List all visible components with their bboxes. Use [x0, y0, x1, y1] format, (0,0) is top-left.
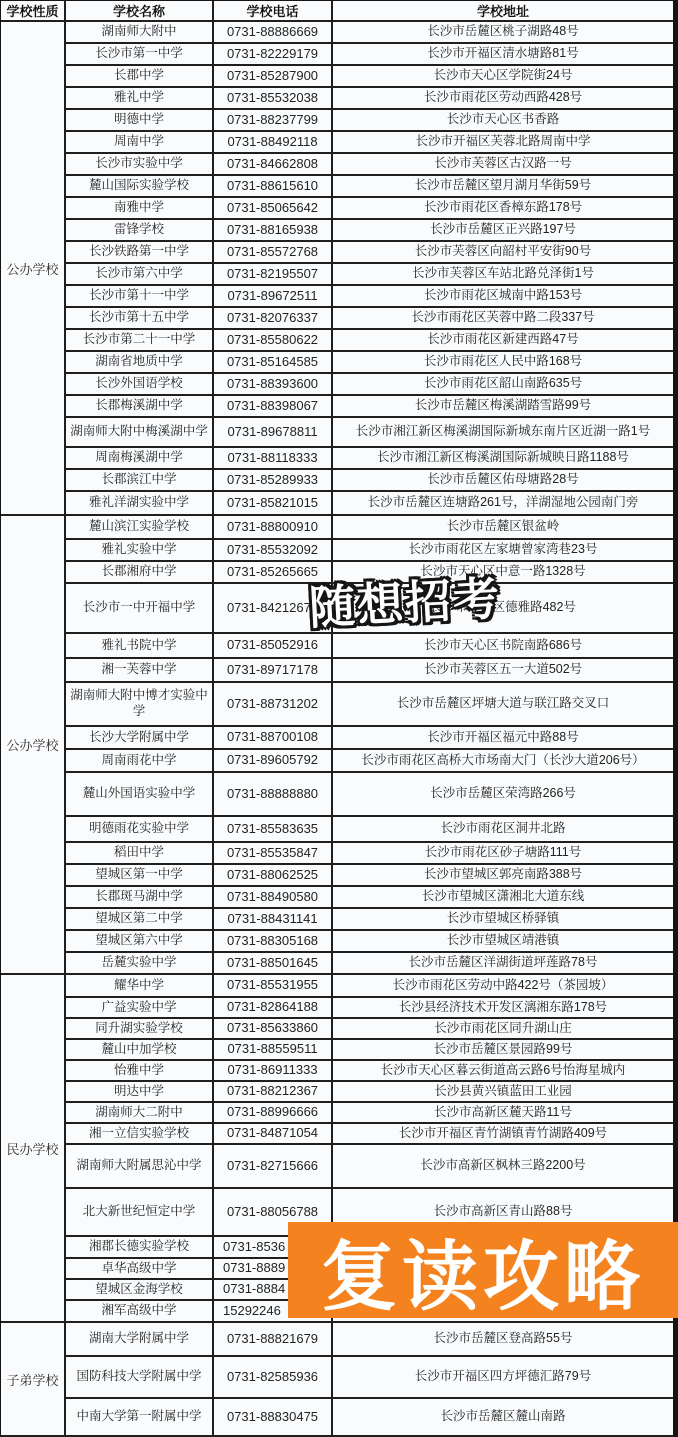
school-name-cell: 南雅中学 — [66, 198, 214, 218]
school-phone-cell: 0731-88393600 — [214, 374, 333, 394]
school-row: 长郡湘府中学0731-85265665长沙市天心区中意一路1328号 — [66, 562, 673, 584]
school-address-cell: 长沙市岳麓区望月湖月华街59号 — [333, 176, 673, 196]
school-phone-cell: 0731-85633860 — [214, 1019, 333, 1038]
school-row: 麓山外国语实验中学0731-88888880长沙市岳麓区荣湾路266号 — [66, 773, 673, 817]
school-phone-cell: 0731-88212367 — [214, 1082, 333, 1101]
school-address-cell: 长沙市岳麓区麓山南路 — [333, 1399, 673, 1435]
school-address-cell: 长沙市岳麓区坪塘大道与联江路交叉口 — [333, 683, 673, 725]
school-name-cell: 明德中学 — [66, 110, 214, 130]
school-name-cell: 望城区第一中学 — [66, 865, 214, 885]
school-phone-cell: 0731-88118333 — [214, 448, 333, 468]
school-address-cell: 长沙市开福区德雅路482号 — [333, 584, 673, 632]
school-address-cell: 长沙市岳麓区景园路99号 — [333, 1040, 673, 1059]
school-name-cell: 耀华中学 — [66, 975, 214, 996]
school-phone-cell: 0731-82195507 — [214, 264, 333, 284]
school-name-cell: 卓华高级中学 — [66, 1259, 214, 1278]
school-name-cell: 湘一立信实验学校 — [66, 1124, 214, 1143]
school-row: 怡雅中学0731-86911333长沙市天心区暮云街道高云路6号怡海星城内 — [66, 1061, 673, 1082]
school-row: 长郡滨江中学0731-85289933长沙市岳麓区佑母塘路28号 — [66, 470, 673, 492]
school-name-cell: 周南雨花中学 — [66, 750, 214, 771]
school-row: 长郡中学0731-85287900长沙市天心区学院街24号 — [66, 66, 673, 88]
school-name-cell: 长沙大学附属中学 — [66, 727, 214, 748]
school-row: 湖南师大附中梅溪湖中学0731-89678811长沙市湘江新区梅溪湖国际新城东南… — [66, 418, 673, 448]
header-school-address: 学校地址 — [333, 1, 673, 20]
school-phone-cell: 0731-88886669 — [214, 22, 333, 42]
school-name-cell: 长郡湘府中学 — [66, 562, 214, 582]
school-address-cell: 长沙市湘江新区梅溪湖国际新城映日路1188号 — [333, 448, 673, 468]
school-row: 湘一芙蓉中学0731-89717178长沙市芙蓉区五一大道502号 — [66, 659, 673, 683]
header-school-nature: 学校性质 — [1, 1, 66, 20]
school-row: 望城区第二中学0731-88431141长沙市望城区桥驿镇 — [66, 909, 673, 931]
school-row: 长沙市一中开福中学0731-84212675长沙市开福区德雅路482号 — [66, 584, 673, 634]
school-name-cell: 长沙市第二十一中学 — [66, 330, 214, 350]
school-phone-cell: 0731-85572768 — [214, 242, 333, 262]
school-address-cell: 长沙市雨花区劳动西路428号 — [333, 88, 673, 108]
table-header-row: 学校性质 学校名称 学校电话 学校地址 — [1, 1, 673, 22]
school-address-cell: 长沙县经济技术开发区漓湘东路178号 — [333, 998, 673, 1017]
school-row: 湖南师大附中博才实验中学0731-88731202长沙市岳麓区坪塘大道与联江路交… — [66, 683, 673, 727]
school-name-cell: 长沙外国语学校 — [66, 374, 214, 394]
school-name-cell: 雅礼书院中学 — [66, 634, 214, 657]
school-phone-cell: 0731-82585936 — [214, 1357, 333, 1397]
school-name-cell: 北大新世纪恒定中学 — [66, 1189, 214, 1235]
school-row: 雅礼洋湖实验中学0731-85821015长沙市岳麓区连塘路261号，洋湖湿地公… — [66, 492, 673, 516]
school-phone-cell: 0731-88492118 — [214, 132, 333, 152]
school-name-cell: 长沙市第一中学 — [66, 44, 214, 64]
school-address-cell: 长沙市开福区福元中路88号 — [333, 727, 673, 748]
school-row: 雅礼书院中学0731-85052916长沙市天心区书院南路686号 — [66, 634, 673, 659]
school-row: 长沙市第二十一中学0731-85580622长沙市雨花区新建西路47号 — [66, 330, 673, 352]
school-name-cell: 周南梅溪湖中学 — [66, 448, 214, 468]
school-name-cell: 长沙市实验中学 — [66, 154, 214, 174]
school-name-cell: 湘郡长德实验学校 — [66, 1237, 214, 1257]
school-name-cell: 稻田中学 — [66, 843, 214, 863]
school-name-cell: 长沙市一中开福中学 — [66, 584, 214, 632]
school-phone-cell: 0731-84662808 — [214, 154, 333, 174]
school-address-cell: 长沙市高新区麓天路11号 — [333, 1103, 673, 1122]
school-address-cell: 长沙市雨花区砂子塘路111号 — [333, 843, 673, 863]
school-name-cell: 同升湖实验学校 — [66, 1019, 214, 1038]
school-phone-cell: 0731-85289933 — [214, 470, 333, 490]
school-row: 明德中学0731-88237799长沙市天心区书香路 — [66, 110, 673, 132]
school-phone-cell: 0731-88062525 — [214, 865, 333, 885]
school-address-cell: 长沙市岳麓区佑母塘路28号 — [333, 470, 673, 490]
school-row: 长沙市第六中学0731-82195507长沙市芙蓉区车站北路兑泽街1号 — [66, 264, 673, 286]
school-phone-cell: 0731-88830475 — [214, 1399, 333, 1435]
school-address-cell: 长沙市雨花区芙蓉中路二段337号 — [333, 308, 673, 328]
school-phone-cell: 0731-85580622 — [214, 330, 333, 350]
school-phone-cell: 0731-88800910 — [214, 516, 333, 538]
school-name-cell: 湘一芙蓉中学 — [66, 659, 214, 681]
school-name-cell: 麓山国际实验学校 — [66, 176, 214, 196]
school-address-cell: 长沙市雨花区高桥大市场南大门（长沙大道206号） — [333, 750, 673, 771]
school-address-cell: 长沙市雨花区左家塘曾家湾巷23号 — [333, 540, 673, 560]
school-address-cell: 长沙市望城区潇湘北大道东线 — [333, 887, 673, 907]
school-name-cell: 湖南师大附中博才实验中学 — [66, 683, 214, 725]
school-phone-cell: 0731-88501645 — [214, 953, 333, 973]
school-row: 长沙铁路第一中学0731-85572768长沙市芙蓉区向韶村平安街90号 — [66, 242, 673, 264]
school-name-cell: 湖南大学附属中学 — [66, 1323, 214, 1355]
school-phone-cell: 0731-82076337 — [214, 308, 333, 328]
school-name-cell: 明达中学 — [66, 1082, 214, 1101]
header-school-phone: 学校电话 — [214, 1, 333, 20]
school-phone-cell: 0731-84871054 — [214, 1124, 333, 1143]
school-name-cell: 望城区第六中学 — [66, 931, 214, 951]
school-row: 同升湖实验学校0731-85633860长沙市雨花区同升湖山庄 — [66, 1019, 673, 1040]
school-row: 麓山国际实验学校0731-88615610长沙市岳麓区望月湖月华街59号 — [66, 176, 673, 198]
school-row: 望城区第六中学0731-88305168长沙市望城区靖港镇 — [66, 931, 673, 953]
school-address-cell: 长沙市芙蓉区向韶村平安街90号 — [333, 242, 673, 262]
school-name-cell: 怡雅中学 — [66, 1061, 214, 1080]
school-row: 湖南大学附属中学0731-88821679长沙市岳麓区登高路55号 — [66, 1323, 673, 1357]
school-address-cell: 长沙市开福区青竹湖镇青竹湖路409号 — [333, 1124, 673, 1143]
banner-fudugonglue: 复读攻略 — [288, 1222, 678, 1318]
school-name-cell: 长郡斑马湖中学 — [66, 887, 214, 907]
school-address-cell: 长沙县黄兴镇蓝田工业园 — [333, 1082, 673, 1101]
school-name-cell: 长沙铁路第一中学 — [66, 242, 214, 262]
school-row: 麓山中加学校0731-88559511长沙市岳麓区景园路99号 — [66, 1040, 673, 1061]
school-row: 岳麓实验中学0731-88501645长沙市岳麓区洋湖街道坪莲路78号 — [66, 953, 673, 975]
school-name-cell: 长郡中学 — [66, 66, 214, 86]
school-row: 湖南师大二附中0731-88996666长沙市高新区麓天路11号 — [66, 1103, 673, 1124]
school-phone-cell: 0731-88559511 — [214, 1040, 333, 1059]
school-row: 望城区第一中学0731-88062525长沙市望城区郭亮南路388号 — [66, 865, 673, 887]
school-name-cell: 长郡梅溪湖中学 — [66, 396, 214, 416]
school-phone-cell: 0731-85535847 — [214, 843, 333, 863]
school-phone-cell: 0731-85532092 — [214, 540, 333, 560]
school-address-cell: 长沙市岳麓区荣湾路266号 — [333, 773, 673, 815]
nature-cell: 子弟学校 — [1, 1323, 66, 1437]
school-row: 湘一立信实验学校0731-84871054长沙市开福区青竹湖镇青竹湖路409号 — [66, 1124, 673, 1145]
school-row: 长沙市第十五中学0731-82076337长沙市雨花区芙蓉中路二段337号 — [66, 308, 673, 330]
school-phone-cell: 0731-88490580 — [214, 887, 333, 907]
school-phone-cell: 0731-88700108 — [214, 727, 333, 748]
school-phone-cell: 0731-85532038 — [214, 88, 333, 108]
school-row: 稻田中学0731-85535847长沙市雨花区砂子塘路111号 — [66, 843, 673, 865]
school-address-cell: 长沙市天心区中意一路1328号 — [333, 562, 673, 582]
school-phone-cell: 0731-88165938 — [214, 220, 333, 240]
school-row: 长沙市实验中学0731-84662808长沙市芙蓉区古汉路一号 — [66, 154, 673, 176]
school-phone-cell: 0731-88731202 — [214, 683, 333, 725]
school-row: 中南大学第一附属中学0731-88830475长沙市岳麓区麓山南路 — [66, 1399, 673, 1437]
school-row: 长沙大学附属中学0731-88700108长沙市开福区福元中路88号 — [66, 727, 673, 750]
school-row: 湖南师大附属思沁中学0731-82715666长沙市高新区枫林三路2200号 — [66, 1145, 673, 1189]
school-phone-cell: 0731-88996666 — [214, 1103, 333, 1122]
school-row: 湖南省地质中学0731-85164585长沙市雨花区人民中路168号 — [66, 352, 673, 374]
school-group: 子弟学校湖南大学附属中学0731-88821679长沙市岳麓区登高路55号国防科… — [1, 1323, 673, 1437]
school-row: 长沙外国语学校0731-88393600长沙市雨花区韶山南路635号 — [66, 374, 673, 396]
school-name-cell: 中南大学第一附属中学 — [66, 1399, 214, 1435]
school-name-cell: 麓山滨江实验学校 — [66, 516, 214, 538]
header-school-name: 学校名称 — [66, 1, 214, 20]
school-phone-cell: 0731-86911333 — [214, 1061, 333, 1080]
school-name-cell: 望城区第二中学 — [66, 909, 214, 929]
school-address-cell: 长沙市雨花区洞井北路 — [333, 817, 673, 841]
school-address-cell: 长沙市芙蓉区五一大道502号 — [333, 659, 673, 681]
school-name-cell: 广益实验中学 — [66, 998, 214, 1017]
school-name-cell: 湖南师大二附中 — [66, 1103, 214, 1122]
school-address-cell: 长沙市雨花区新建西路47号 — [333, 330, 673, 350]
nature-cell: 公办学校 — [1, 516, 66, 975]
school-name-cell: 国防科技大学附属中学 — [66, 1357, 214, 1397]
school-phone-cell: 0731-85287900 — [214, 66, 333, 86]
school-name-cell: 湖南师大附中梅溪湖中学 — [66, 418, 214, 446]
school-row: 长郡梅溪湖中学0731-88398067长沙市岳麓区梅溪湖踏雪路99号 — [66, 396, 673, 418]
school-row: 长郡斑马湖中学0731-88490580长沙市望城区潇湘北大道东线 — [66, 887, 673, 909]
school-group: 公办学校麓山滨江实验学校0731-88800910长沙市岳麓区银盆岭雅礼实验中学… — [1, 516, 673, 975]
school-phone-cell: 0731-84212675 — [214, 584, 333, 632]
school-name-cell: 长郡滨江中学 — [66, 470, 214, 490]
school-name-cell: 湖南省地质中学 — [66, 352, 214, 372]
school-row: 雷锋学校0731-88165938长沙市岳麓区正兴路197号 — [66, 220, 673, 242]
school-address-cell: 长沙市天心区学院街24号 — [333, 66, 673, 86]
school-address-cell: 长沙市芙蓉区车站北路兑泽街1号 — [333, 264, 673, 284]
school-address-cell: 长沙市望城区桥驿镇 — [333, 909, 673, 929]
school-row: 明德雨花实验中学0731-85583635长沙市雨花区洞井北路 — [66, 817, 673, 843]
school-name-cell: 明德雨花实验中学 — [66, 817, 214, 841]
school-address-cell: 长沙市雨花区劳动中路422号（茶园坡） — [333, 975, 673, 996]
school-group: 公办学校湖南师大附中0731-88886669长沙市岳麓区桃子湖路48号长沙市第… — [1, 22, 673, 516]
school-phone-cell: 0731-85052916 — [214, 634, 333, 657]
school-address-cell: 长沙市望城区靖港镇 — [333, 931, 673, 951]
school-name-cell: 湘军高级中学 — [66, 1301, 214, 1321]
school-phone-cell: 0731-85065642 — [214, 198, 333, 218]
school-phone-cell: 0731-85821015 — [214, 492, 333, 514]
school-row: 周南梅溪湖中学0731-88118333长沙市湘江新区梅溪湖国际新城映日路118… — [66, 448, 673, 470]
school-name-cell: 湖南师大附属思沁中学 — [66, 1145, 214, 1187]
school-table-screenshot: 学校性质 学校名称 学校电话 学校地址 公办学校湖南师大附中0731-88886… — [0, 0, 678, 1437]
school-row: 周南雨花中学0731-89605792长沙市雨花区高桥大市场南大门（长沙大道20… — [66, 750, 673, 773]
school-phone-cell: 0731-85583635 — [214, 817, 333, 841]
school-address-cell: 长沙市天心区书院南路686号 — [333, 634, 673, 657]
school-address-cell: 长沙市天心区书香路 — [333, 110, 673, 130]
school-address-cell: 长沙市岳麓区连塘路261号，洋湖湿地公园南门旁 — [333, 492, 673, 514]
school-phone-cell: 0731-85265665 — [214, 562, 333, 582]
school-phone-cell: 0731-89717178 — [214, 659, 333, 681]
school-address-cell: 长沙市天心区暮云街道高云路6号怡海星城内 — [333, 1061, 673, 1080]
school-phone-cell: 0731-88398067 — [214, 396, 333, 416]
nature-cell: 民办学校 — [1, 975, 66, 1323]
school-name-cell: 雅礼洋湖实验中学 — [66, 492, 214, 514]
school-address-cell: 长沙市高新区枫林三路2200号 — [333, 1145, 673, 1187]
school-phone-cell: 0731-88431141 — [214, 909, 333, 929]
school-address-cell: 长沙市湘江新区梅溪湖国际新城东南片区近湖一路1号 — [333, 418, 673, 446]
school-name-cell: 湖南师大附中 — [66, 22, 214, 42]
school-address-cell: 长沙市雨花区韶山南路635号 — [333, 374, 673, 394]
school-address-cell: 长沙市岳麓区登高路55号 — [333, 1323, 673, 1355]
school-phone-cell: 0731-85531955 — [214, 975, 333, 996]
school-phone-cell: 0731-82864188 — [214, 998, 333, 1017]
school-phone-cell: 0731-89678811 — [214, 418, 333, 446]
school-address-cell: 长沙市雨花区同升湖山庄 — [333, 1019, 673, 1038]
school-row: 南雅中学0731-85065642长沙市雨花区香樟东路178号 — [66, 198, 673, 220]
school-name-cell: 麓山中加学校 — [66, 1040, 214, 1059]
school-phone-cell: 0731-82715666 — [214, 1145, 333, 1187]
school-row: 周南中学0731-88492118长沙市开福区芙蓉北路周南中学 — [66, 132, 673, 154]
school-name-cell: 雅礼实验中学 — [66, 540, 214, 560]
school-address-cell: 长沙市雨花区城南中路153号 — [333, 286, 673, 306]
school-phone-cell: 0731-88237799 — [214, 110, 333, 130]
school-address-cell: 长沙市岳麓区正兴路197号 — [333, 220, 673, 240]
school-phone-cell: 0731-88615610 — [214, 176, 333, 196]
school-phone-cell: 0731-88821679 — [214, 1323, 333, 1355]
nature-cell: 公办学校 — [1, 22, 66, 516]
school-address-cell: 长沙市开福区清水塘路81号 — [333, 44, 673, 64]
school-address-cell: 长沙市望城区郭亮南路388号 — [333, 865, 673, 885]
school-row: 雅礼实验中学0731-85532092长沙市雨花区左家塘曾家湾巷23号 — [66, 540, 673, 562]
school-name-cell: 雅礼中学 — [66, 88, 214, 108]
school-address-cell: 长沙市雨花区人民中路168号 — [333, 352, 673, 372]
school-phone-cell: 0731-82229179 — [214, 44, 333, 64]
school-address-cell: 长沙市芙蓉区古汉路一号 — [333, 154, 673, 174]
school-address-cell: 长沙市岳麓区洋湖街道坪莲路78号 — [333, 953, 673, 973]
school-name-cell: 雷锋学校 — [66, 220, 214, 240]
school-row: 明达中学0731-88212367长沙县黄兴镇蓝田工业园 — [66, 1082, 673, 1103]
school-name-cell: 岳麓实验中学 — [66, 953, 214, 973]
school-row: 国防科技大学附属中学0731-82585936长沙市开福区四方坪德汇路79号 — [66, 1357, 673, 1399]
school-phone-cell: 0731-85164585 — [214, 352, 333, 372]
school-row: 长沙市第一中学0731-82229179长沙市开福区清水塘路81号 — [66, 44, 673, 66]
school-address-cell: 长沙市雨花区香樟东路178号 — [333, 198, 673, 218]
school-row: 湖南师大附中0731-88886669长沙市岳麓区桃子湖路48号 — [66, 22, 673, 44]
school-address-cell: 长沙市开福区四方坪德汇路79号 — [333, 1357, 673, 1397]
school-row: 耀华中学0731-85531955长沙市雨花区劳动中路422号（茶园坡） — [66, 975, 673, 998]
school-name-cell: 长沙市第十五中学 — [66, 308, 214, 328]
school-address-cell: 长沙市岳麓区银盆岭 — [333, 516, 673, 538]
school-row: 麓山滨江实验学校0731-88800910长沙市岳麓区银盆岭 — [66, 516, 673, 540]
school-phone-cell: 0731-88305168 — [214, 931, 333, 951]
school-row: 雅礼中学0731-85532038长沙市雨花区劳动西路428号 — [66, 88, 673, 110]
school-phone-cell: 0731-89605792 — [214, 750, 333, 771]
school-name-cell: 望城区金海学校 — [66, 1280, 214, 1299]
school-address-cell: 长沙市岳麓区桃子湖路48号 — [333, 22, 673, 42]
school-name-cell: 长沙市第十一中学 — [66, 286, 214, 306]
school-phone-cell: 0731-88888880 — [214, 773, 333, 815]
school-address-cell: 长沙市开福区芙蓉北路周南中学 — [333, 132, 673, 152]
school-name-cell: 麓山外国语实验中学 — [66, 773, 214, 815]
school-row: 长沙市第十一中学0731-89672511长沙市雨花区城南中路153号 — [66, 286, 673, 308]
school-name-cell: 周南中学 — [66, 132, 214, 152]
school-address-cell: 长沙市岳麓区梅溪湖踏雪路99号 — [333, 396, 673, 416]
school-row: 广益实验中学0731-82864188长沙县经济技术开发区漓湘东路178号 — [66, 998, 673, 1019]
school-phone-cell: 0731-89672511 — [214, 286, 333, 306]
school-name-cell: 长沙市第六中学 — [66, 264, 214, 284]
